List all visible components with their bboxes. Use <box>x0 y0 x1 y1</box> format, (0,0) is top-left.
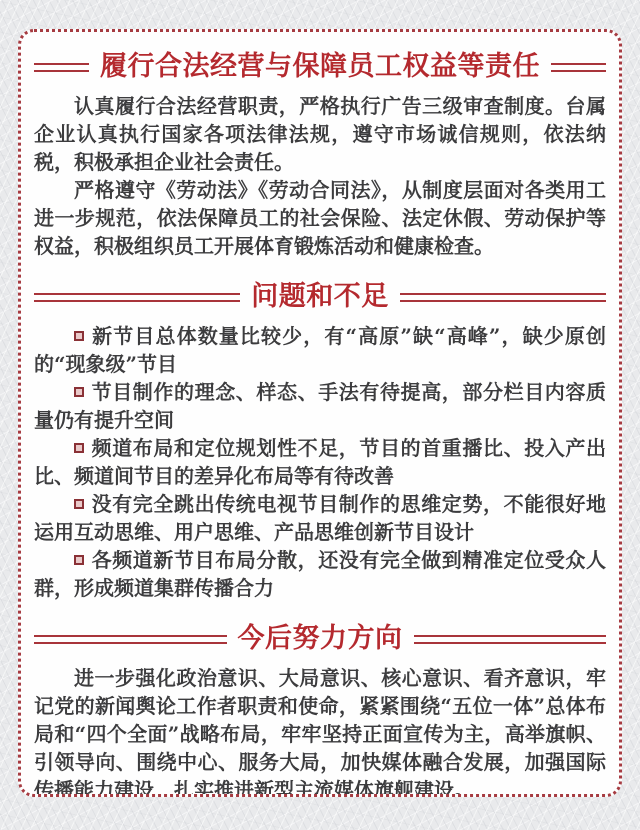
section-heading-text: 履行合法经营与保障员工权益等责任 <box>100 51 540 83</box>
list-item-text: 频道布局和定位规划性不足，节目的首重播比、投入产出比、频道间节目的差异化布局等有… <box>34 436 606 488</box>
heading-rule-left <box>34 293 240 302</box>
page-background: 履行合法经营与保障员工权益等责任 认真履行合法经营职责，严格执行广告三级审查制度… <box>0 0 640 830</box>
square-bullet-icon <box>74 331 84 341</box>
section-heading-text: 问题和不足 <box>251 281 389 313</box>
heading-rule-left <box>34 63 89 72</box>
heading-rule-left <box>34 635 227 644</box>
paragraph: 严格遵守《劳动法》《劳动合同法》，从制度层面对各类用工进一步规范，依法保障员工的… <box>34 176 606 260</box>
paragraph: 认真履行合法经营职责，严格执行广告三级审查制度。台属企业认真执行国家各项法律法规… <box>34 92 606 176</box>
section-heading-text: 今后努力方向 <box>238 623 403 655</box>
section-body-direction: 进一步强化政治意识、大局意识、核心意识、看齐意识，牢记党的新闻舆论工作者职责和使… <box>34 664 606 797</box>
square-bullet-icon <box>74 387 84 397</box>
square-bullet-icon <box>74 443 84 453</box>
list-item: 节目制作的理念、样态、手法有待提高，部分栏目内容质量仍有提升空间 <box>34 378 606 434</box>
section-body-problems: 新节目总体数量比较少，有“高原”缺“高峰”，缺少原创的“现象级”节目 节目制作的… <box>34 322 606 602</box>
list-item-text: 新节目总体数量比较少，有“高原”缺“高峰”，缺少原创的“现象级”节目 <box>34 324 606 376</box>
section-heading-compliance: 履行合法经营与保障员工权益等责任 <box>34 51 606 83</box>
list-item-text: 没有完全跳出传统电视节目制作的思维定势，不能很好地运用互动思维、用户思维、产品思… <box>34 492 606 544</box>
square-bullet-icon <box>74 499 84 509</box>
paragraph: 进一步强化政治意识、大局意识、核心意识、看齐意识，牢记党的新闻舆论工作者职责和使… <box>34 664 606 797</box>
list-item: 各频道新节目布局分散，还没有完全做到精准定位受众人群，形成频道集群传播合力 <box>34 546 606 602</box>
list-item: 没有完全跳出传统电视节目制作的思维定势，不能很好地运用互动思维、用户思维、产品思… <box>34 490 606 546</box>
report-card: 履行合法经营与保障员工权益等责任 认真履行合法经营职责，严格执行广告三级审查制度… <box>18 29 622 797</box>
list-item: 频道布局和定位规划性不足，节目的首重播比、投入产出比、频道间节目的差异化布局等有… <box>34 434 606 490</box>
list-item-text: 各频道新节目布局分散，还没有完全做到精准定位受众人群，形成频道集群传播合力 <box>34 548 606 600</box>
heading-rule-right <box>414 635 607 644</box>
square-bullet-icon <box>74 555 84 565</box>
list-item-text: 节目制作的理念、样态、手法有待提高，部分栏目内容质量仍有提升空间 <box>34 380 606 432</box>
section-body-compliance: 认真履行合法经营职责，严格执行广告三级审查制度。台属企业认真执行国家各项法律法规… <box>34 92 606 260</box>
heading-rule-right <box>400 293 606 302</box>
list-item: 新节目总体数量比较少，有“高原”缺“高峰”，缺少原创的“现象级”节目 <box>34 322 606 378</box>
heading-rule-right <box>551 63 606 72</box>
section-heading-direction: 今后努力方向 <box>34 623 606 655</box>
section-heading-problems: 问题和不足 <box>34 281 606 313</box>
